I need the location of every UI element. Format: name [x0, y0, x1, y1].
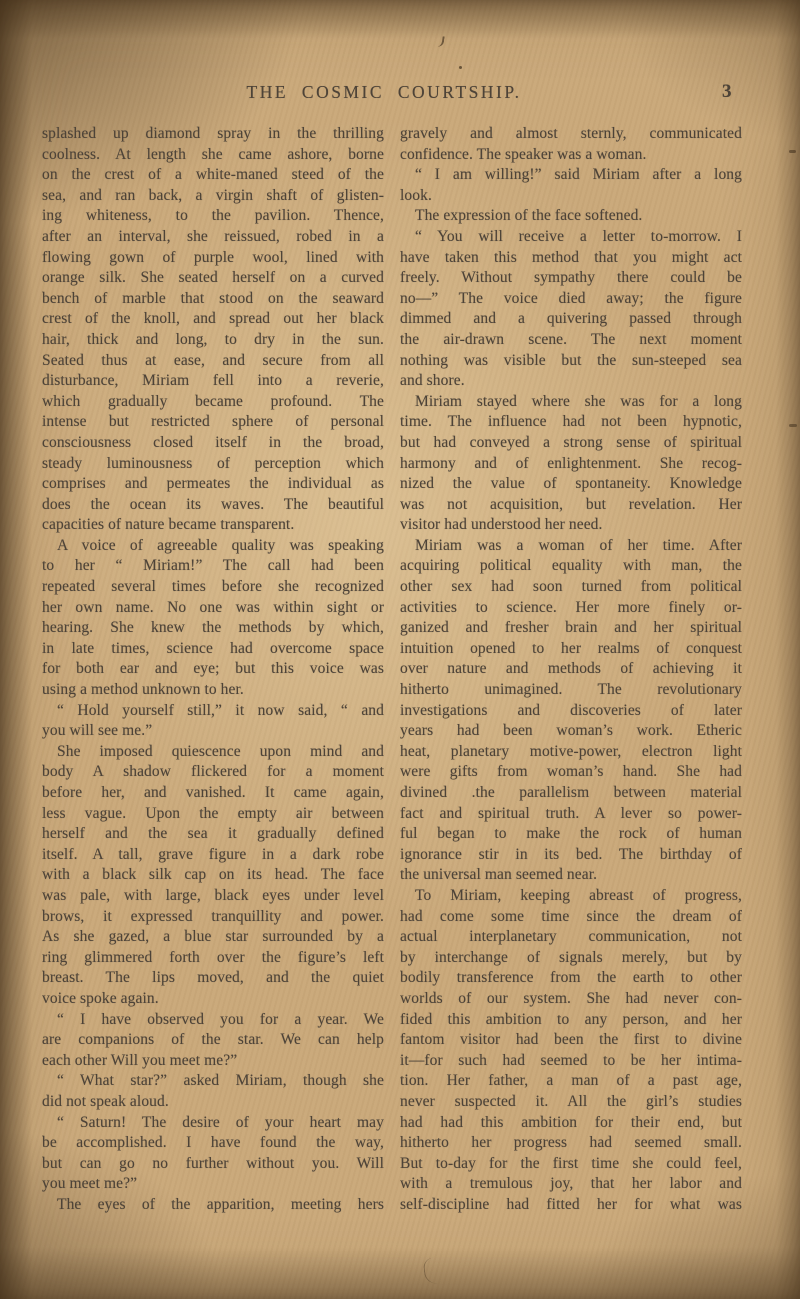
text-line: hitherto unimagined. The revolutionary [400, 680, 742, 701]
text-line: to her “ Miriam!” The call had been [42, 556, 384, 577]
text-line: body A shadow flickered for a moment [42, 762, 384, 783]
paragraph: To Miriam, keeping abreast of progress,h… [400, 886, 742, 1216]
text-line: was not acquisition, but revelation. Her [400, 495, 742, 516]
text-line: nothing was visible but the sun-steeped … [400, 351, 742, 372]
text-line: “ You will receive a letter to-morrow. I [400, 227, 742, 248]
text-line: nized the value of spontaneity. Knowledg… [400, 474, 742, 495]
text-line: time. The influence had not been hypnoti… [400, 412, 742, 433]
scan-artifact-dot [459, 66, 462, 69]
text-line: had had this ambition for their end, but [400, 1113, 742, 1134]
text-line: ganized and fresher brain and her spirit… [400, 618, 742, 639]
paragraph: Miriam stayed where she was for a longti… [400, 392, 742, 536]
text-line: capacities of nature became transparent. [42, 515, 384, 536]
text-line: in late times, science had overcome spac… [42, 639, 384, 660]
text-line: by interchange of signals merely, but by [400, 948, 742, 969]
text-line: bodily transference from the earth to ot… [400, 968, 742, 989]
text-line: look. [400, 186, 742, 207]
text-line: “ Saturn! The desire of your heart may [42, 1113, 384, 1134]
text-line: the air-drawn scene. The next moment [400, 330, 742, 351]
text-line: To Miriam, keeping abreast of progress, [400, 886, 742, 907]
paragraph: Miriam was a woman of her time. Afteracq… [400, 536, 742, 886]
text-line: fact and spiritual truth. A lever so pow… [400, 804, 742, 825]
text-line: ignorance stir in its bed. The birthday … [400, 845, 742, 866]
text-line: But to-day for the first time she could … [400, 1154, 742, 1175]
text-line: Miriam was a woman of her time. After [400, 536, 742, 557]
paragraph: The expression of the face softened. [400, 206, 742, 227]
paragraph: “ I am willing!” said Miriam after a lon… [400, 165, 742, 206]
paragraph: “ Saturn! The desire of your heart maybe… [42, 1113, 384, 1195]
text-line: heat, planetary motive-power, electron l… [400, 742, 742, 763]
text-line: hair, thick and long, to dry in the sun. [42, 330, 384, 351]
text-line: other sex had soon turned from political [400, 577, 742, 598]
text-line: does the ocean its waves. The beautiful [42, 495, 384, 516]
text-line: dimmed and a quivering passed through [400, 309, 742, 330]
text-line: breast. The lips moved, and the quiet [42, 968, 384, 989]
paragraph: “ I have observed you for a year. Weare … [42, 1010, 384, 1072]
text-line: were gifts from woman’s hand. She had [400, 762, 742, 783]
text-line: had come some time since the dream of [400, 907, 742, 928]
text-line: each other Will you meet me?” [42, 1051, 384, 1072]
text-line: the universal man seemed near. [400, 865, 742, 886]
text-line: ful began to make the rock of human [400, 824, 742, 845]
text-line: “ I have observed you for a year. We [42, 1010, 384, 1031]
scan-artifact-edge-mark [789, 150, 796, 153]
text-line: ing whiteness, to the pavilion. Thence, [42, 206, 384, 227]
left-column: splashed up diamond spray in the thrilli… [42, 124, 384, 1215]
text-line: consciousness closed itself in the broad… [42, 433, 384, 454]
text-line: fided this ambition to any person, and h… [400, 1010, 742, 1031]
text-line: freely. Without sympathy there could be [400, 268, 742, 289]
text-line: no—” The voice died away; the figure [400, 289, 742, 310]
text-line: sea, and ran back, a virgin shaft of gli… [42, 186, 384, 207]
text-line: intuition opened to her realms of conque… [400, 639, 742, 660]
text-line: for both ear and eye; but this voice was [42, 659, 384, 680]
text-line: harmony and of enlightenment. She recog- [400, 454, 742, 475]
text-line: was pale, with large, black eyes under l… [42, 886, 384, 907]
paragraph: “ You will receive a letter to-morrow. I… [400, 227, 742, 392]
text-line: splashed up diamond spray in the thrilli… [42, 124, 384, 145]
text-line: using a method unknown to her. [42, 680, 384, 701]
text-line: have taken this method that you might ac… [400, 248, 742, 269]
paragraph: The eyes of the apparition, meeting hers [42, 1195, 384, 1216]
text-line: over nature and methods of achieving it [400, 659, 742, 680]
running-title: THE COSMIC COURTSHIP. [42, 82, 726, 103]
text-line: self-discipline had fitted her for what … [400, 1195, 742, 1216]
text-line: you meet me?” [42, 1174, 384, 1195]
text-line: The eyes of the apparition, meeting hers [42, 1195, 384, 1216]
text-line: it—for such had seemed to be her intima- [400, 1051, 742, 1072]
text-line: after an interval, she reissued, robed i… [42, 227, 384, 248]
text-line: and shore. [400, 371, 742, 392]
paragraph: gravely and almost sternly, communicated… [400, 124, 742, 165]
text-line: investigations and discoveries of later [400, 701, 742, 722]
text-line: itself. A tall, grave figure in a dark r… [42, 845, 384, 866]
text-line: comprises and permeates the individual a… [42, 474, 384, 495]
text-line: are companions of the star. We can help [42, 1030, 384, 1051]
text-line: before her, and vanished. It came again, [42, 783, 384, 804]
paragraph: A voice of agreeable quality was speakin… [42, 536, 384, 701]
text-line: herself and the sea it gradually defined [42, 824, 384, 845]
text-columns: splashed up diamond spray in the thrilli… [42, 124, 742, 1215]
text-line: A voice of agreeable quality was speakin… [42, 536, 384, 557]
text-line: with a tremulous joy, that her labor and [400, 1174, 742, 1195]
text-line: She imposed quiescence upon mind and [42, 742, 384, 763]
text-line: with a black silk cap on its head. The f… [42, 865, 384, 886]
scan-artifact-edge-mark [789, 424, 797, 427]
text-line: orange silk. She seated herself on a cur… [42, 268, 384, 289]
paragraph: She imposed quiescence upon mind andbody… [42, 742, 384, 1010]
text-line: fantom visitor had been the first to div… [400, 1030, 742, 1051]
text-line: never suspected it. All the girl’s studi… [400, 1092, 742, 1113]
page-number: 3 [722, 81, 732, 103]
text-line: brows, it expressed tranquillity and pow… [42, 907, 384, 928]
text-line: coolness. At length she came ashore, bor… [42, 145, 384, 166]
text-line: on the crest of a white-maned steed of t… [42, 165, 384, 186]
text-line: you will see me.” [42, 721, 384, 742]
scan-artifact-curl [423, 1257, 439, 1284]
text-line: voice spoke again. [42, 989, 384, 1010]
running-head: THE COSMIC COURTSHIP. 3 [42, 82, 742, 106]
text-line: her own name. No one was within sight or [42, 598, 384, 619]
text-line: Seated thus at ease, and secure from all [42, 351, 384, 372]
text-line: steady luminousness of perception which [42, 454, 384, 475]
paragraph: “ What star?” asked Miriam, though shedi… [42, 1071, 384, 1112]
text-line: ring glimmered forth over the figure’s l… [42, 948, 384, 969]
text-line: be accomplished. I have found the way, [42, 1133, 384, 1154]
text-line: intense but restricted sphere of persona… [42, 412, 384, 433]
right-column: gravely and almost sternly, communicated… [400, 124, 742, 1215]
text-line: which gradually became profound. The [42, 392, 384, 413]
text-line: worlds of our system. She had never con- [400, 989, 742, 1010]
paragraph: “ Hold yourself still,” it now said, “ a… [42, 701, 384, 742]
text-line: “ What star?” asked Miriam, though she [42, 1071, 384, 1092]
text-line: gravely and almost sternly, communicated [400, 124, 742, 145]
text-line: confidence. The speaker was a woman. [400, 145, 742, 166]
text-line: hitherto her progress had seemed small. [400, 1133, 742, 1154]
text-line: flowing gown of purple wool, lined with [42, 248, 384, 269]
paragraph: splashed up diamond spray in the thrilli… [42, 124, 384, 536]
text-line: acquiring political equality with man, t… [400, 556, 742, 577]
text-line: but had conveyed a strong sense of spiri… [400, 433, 742, 454]
text-line: tion. Her father, a man of a past age, [400, 1071, 742, 1092]
text-line: “ I am willing!” said Miriam after a lon… [400, 165, 742, 186]
text-line: The expression of the face softened. [400, 206, 742, 227]
book-page: THE COSMIC COURTSHIP. 3 splashed up diam… [0, 0, 800, 1299]
text-line: repeated several times before she recogn… [42, 577, 384, 598]
text-line: divined .the parallelism between materia… [400, 783, 742, 804]
text-line: disturbance, Miriam fell into a reverie, [42, 371, 384, 392]
text-line: did not speak aloud. [42, 1092, 384, 1113]
text-line: but can go no further without you. Will [42, 1154, 384, 1175]
text-line: years had been woman’s work. Etheric [400, 721, 742, 742]
text-line: less vague. Upon the empty air between [42, 804, 384, 825]
text-line: bench of marble that stood on the seawar… [42, 289, 384, 310]
text-line: visitor had understood her need. [400, 515, 742, 536]
text-line: actual interplanetary communication, not [400, 927, 742, 948]
text-line: As she gazed, a blue star surrounded by … [42, 927, 384, 948]
text-line: “ Hold yourself still,” it now said, “ a… [42, 701, 384, 722]
text-line: activities to science. Her more finely o… [400, 598, 742, 619]
text-line: Miriam stayed where she was for a long [400, 392, 742, 413]
scan-artifact-tick [437, 36, 444, 48]
text-line: crest of the knoll, and spread out her b… [42, 309, 384, 330]
text-line: hearing. She knew the methods by which, [42, 618, 384, 639]
